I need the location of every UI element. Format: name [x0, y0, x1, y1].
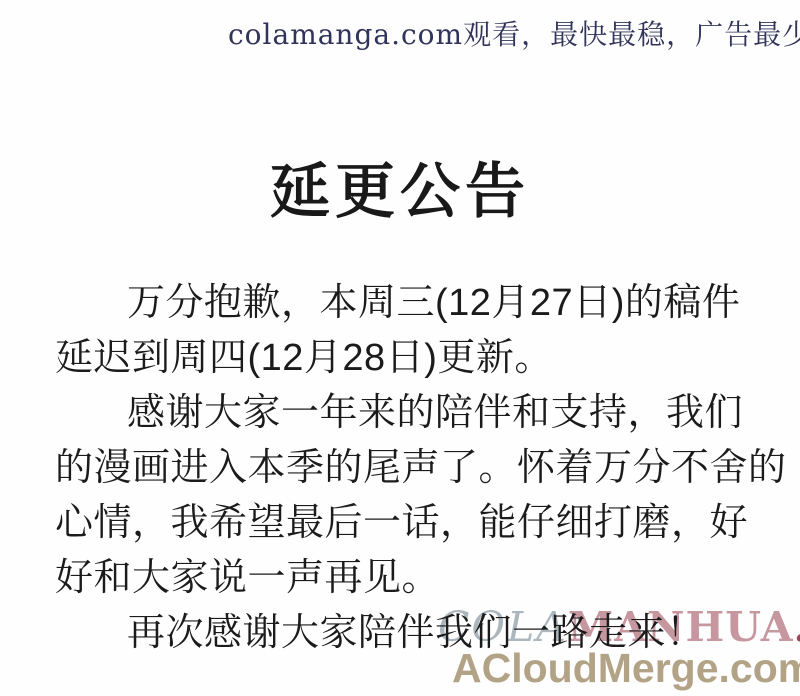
site-banner-text: colamanga.com观看，最快最稳，广告最少 — [228, 13, 800, 53]
body-line-2: 延迟到周四(12月28日)更新。 — [55, 331, 775, 386]
manga-announcement-page: colamanga.com观看，最快最稳，广告最少 延更公告 万分抱歉，本周三(… — [0, 0, 800, 696]
body-line-3: 感谢大家一年来的陪伴和支持，我们 — [55, 386, 775, 441]
body-line-4: 的漫画进入本季的尾声了。怀着万分不舍的 — [55, 441, 775, 496]
body-line-5: 心情，我希望最后一话，能仔细打磨，好 — [55, 496, 775, 551]
body-line-6: 好和大家说一声再见。 — [55, 551, 775, 606]
body-line-1: 万分抱歉，本周三(12月27日)的稿件 — [55, 276, 775, 331]
announcement-body: 万分抱歉，本周三(12月27日)的稿件 延迟到周四(12月28日)更新。 感谢大… — [55, 276, 775, 661]
announcement-title: 延更公告 — [0, 144, 800, 230]
body-line-7: 再次感谢大家陪伴我们一路走来！ — [55, 606, 775, 661]
